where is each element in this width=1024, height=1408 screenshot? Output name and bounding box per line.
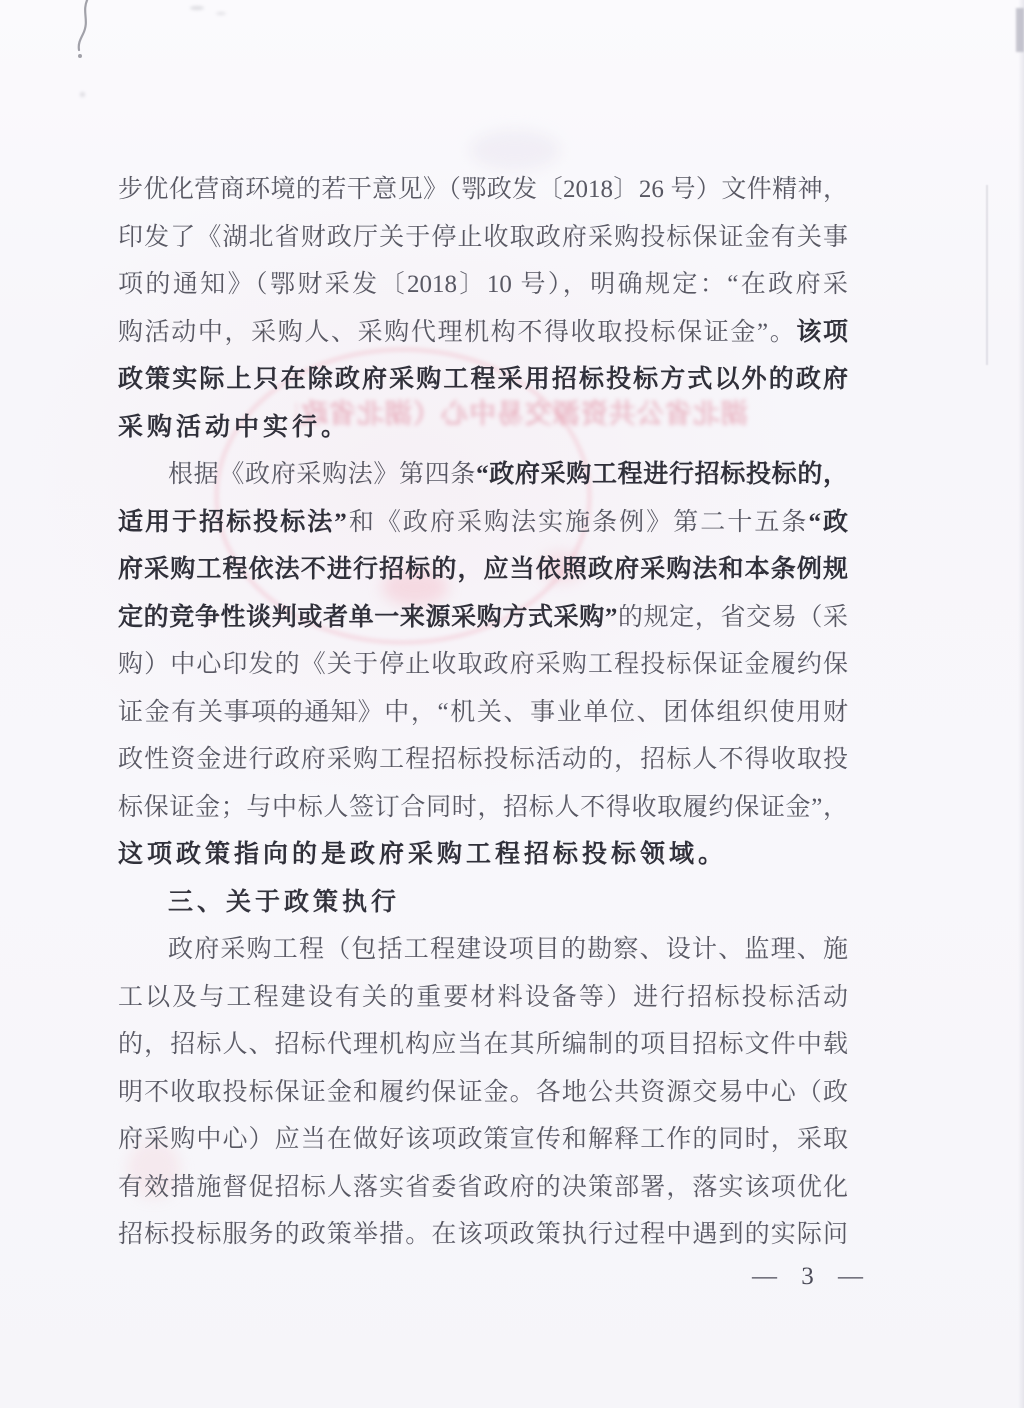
text-run: 》中，“机关、事业单位、团体组织使用财 <box>358 699 848 726</box>
text-run: 招标投标服务的政策举措。在该项政策执行过程中遇到的实际问 <box>118 1221 848 1248</box>
text-line: 证金有关事项的通知》中，“机关、事业单位、团体组织使用财 <box>118 689 848 737</box>
scan-smudge <box>190 6 204 10</box>
scan-edge-line <box>986 185 988 365</box>
text-run: 三、关于政策执行 <box>168 888 400 916</box>
document-body: 步优化营商环境的若干意见》（鄂政发〔2018〕26 号）文件精神，印发了《湖北省… <box>118 166 848 1259</box>
text-line: 有效措施督促招标人落实省委省政府的决策部署，落实该项优化 <box>118 1164 848 1212</box>
text-line: 府采购中心）应当在做好该项政策宣传和解释工作的同时，采取 <box>118 1116 848 1164</box>
text-run: 工以及与工程建设有关的重要材料设备等）进行招标投标活动 <box>118 984 848 1011</box>
text-run: 根据《政府采购法》第四条 <box>168 461 476 488</box>
text-run: 步优化营商环境的若干意见》（鄂政发〔2018〕26 号）文件精神， <box>118 176 848 203</box>
text-line: 定的竞争性谈判或者单一来源采购方式采购”的规定，省交易（采 <box>118 594 848 642</box>
text-run: 印发了《湖北省财政厅关于停止收取政府采购投标保证金有关事 <box>118 224 848 251</box>
scanned-document-page: 湖北省公共资源交易中心（湖北省政府采购中心） 步优化营商环境的若干意见》（鄂政发… <box>0 0 1024 1408</box>
text-run: 项的通知》（鄂财采发〔2018〕10 号），明确规定：“在政府采 <box>118 271 848 298</box>
text-run: 和《政府采购法实施条例》第二十五条 <box>347 509 809 536</box>
text-line: 采购活动中实行。 <box>118 404 848 452</box>
section-heading: 三、关于政策执行 <box>118 879 848 927</box>
text-run: 明不收取投标保证金和履约保证金。各地公共资源交易中心（政 <box>118 1079 848 1106</box>
text-run: “政府采购工程进行招标投标的， <box>476 461 848 488</box>
text-line: 府采购工程依法不进行招标的，应当依照政府采购法和本条例规 <box>118 546 848 594</box>
text-run: 府采购中心）应当在做好该项政策宣传和解释工作的同时，采取 <box>118 1126 848 1153</box>
text-run: 购活动中，采购人、采购代理机构不得收取投标保证金”。 <box>118 319 796 346</box>
text-run: 该项 <box>796 319 848 346</box>
text-line: 购活动中，采购人、采购代理机构不得收取投标保证金”。该项 <box>118 309 848 357</box>
text-run: 购）中心印发的《关于停止收取政府采购工程投标保证金履约保 <box>118 651 848 678</box>
text-line: 招标投标服务的政策举措。在该项政策执行过程中遇到的实际问 <box>118 1211 848 1259</box>
scan-edge-shadow <box>1018 0 1024 1408</box>
text-run: 政性资金进行政府采购工程招标投标活动的，招标人不得收取投 <box>118 746 848 773</box>
scan-shading-blob <box>470 130 560 170</box>
text-run: 证金有关 <box>118 699 225 726</box>
text-line: 标保证金；与中标人签订合同时，招标人不得收取履约保证金”， <box>118 784 848 832</box>
text-run: 标保证金；与中标人签订合同时，招标人不得收取履约保证金”， <box>118 794 848 821</box>
text-run: 的规定，省交易（采 <box>617 604 848 631</box>
text-run: 定的竞争性谈判或者单一来源采购方式采购” <box>118 604 617 631</box>
text-run: 府采购工程依法不进行招标的，应当依照政府采购法和本条例规 <box>118 556 848 583</box>
text-line: 政性资金进行政府采购工程招标投标活动的，招标人不得收取投 <box>118 736 848 784</box>
page-number: — 3 — <box>752 1263 872 1291</box>
text-run: 适用于招标投标法” <box>118 509 347 536</box>
scan-smudge <box>216 12 226 15</box>
text-line: 购）中心印发的《关于停止收取政府采购工程投标保证金履约保 <box>118 641 848 689</box>
text-line: 步优化营商环境的若干意见》（鄂政发〔2018〕26 号）文件精神， <box>118 166 848 214</box>
text-line: 明不收取投标保证金和履约保证金。各地公共资源交易中心（政 <box>118 1069 848 1117</box>
scan-smudge <box>80 92 85 97</box>
text-line: 适用于招标投标法”和《政府采购法实施条例》第二十五条“政 <box>118 499 848 547</box>
text-run: 政策实际上只在除政府采购工程采用招标投标方式以外的政府 <box>118 366 848 393</box>
text-run: 事项的通知 <box>225 699 358 726</box>
text-run: 采购活动中实行。 <box>118 414 350 441</box>
text-run: “政 <box>808 509 848 536</box>
text-line: 的，招标人、招标代理机构应当在其所编制的项目招标文件中载 <box>118 1021 848 1069</box>
text-line: 这项政策指向的是政府采购工程招标投标领域。 <box>118 831 848 879</box>
text-run: 政府采购工程（包括工程建设项目的勘察、设计、监理、施 <box>168 936 848 963</box>
text-line: 根据《政府采购法》第四条“政府采购工程进行招标投标的， <box>118 451 848 499</box>
text-line: 政策实际上只在除政府采购工程采用招标投标方式以外的政府 <box>118 356 848 404</box>
text-run: 这项政策指向的是政府采购工程招标投标领域。 <box>118 841 727 868</box>
text-run: 有效措施督促招标人落实省委省政府的决策部署，落实该项优化 <box>118 1174 848 1201</box>
text-line: 项的通知》（鄂财采发〔2018〕10 号），明确规定：“在政府采 <box>118 261 848 309</box>
text-line: 工以及与工程建设有关的重要材料设备等）进行招标投标活动 <box>118 974 848 1022</box>
text-line: 印发了《湖北省财政厅关于停止收取政府采购投标保证金有关事 <box>118 214 848 262</box>
text-line: 政府采购工程（包括工程建设项目的勘察、设计、监理、施 <box>118 926 848 974</box>
pen-mark <box>66 0 106 68</box>
text-run: 的，招标人、招标代理机构应当在其所编制的项目招标文件中载 <box>118 1031 848 1058</box>
